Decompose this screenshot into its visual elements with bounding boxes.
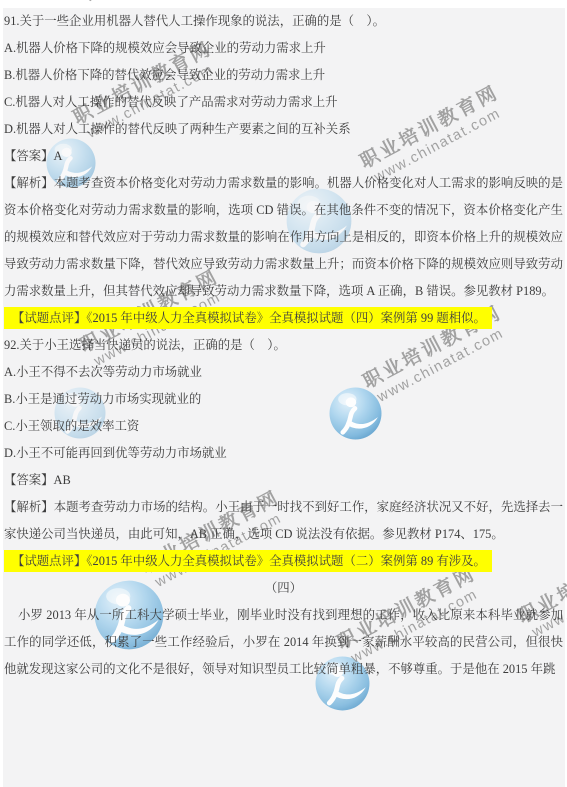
question-91-option-a: A.机器人价格下降的规模效应会导致企业的劳动力需求上升: [4, 35, 563, 62]
question-91-stem: 91.关于一些企业用机器人替代人工操作现象的说法，正确的是（ ）。: [4, 8, 563, 35]
question-92-comment: 【试题点评】《2015 年中级人力全真模拟试卷》全真模拟试题（二）案例第 89 …: [4, 548, 563, 575]
question-92-option-a: A.小王不得不去次等劳动力市场就业: [4, 359, 563, 386]
question-92-analysis: 【解析】本题考查劳动力市场的结构。小王由于一时找不到好工作，家庭经济状况又不好，…: [4, 494, 563, 548]
highlighted-comment: 【试题点评】《2015 年中级人力全真模拟试卷》全真模拟试题（二）案例第 89 …: [4, 550, 492, 572]
highlighted-comment: 【试题点评】《2015 年中级人力全真模拟试卷》全真模拟试题（四）案例第 99 …: [4, 307, 492, 329]
case-section-heading: （四）: [4, 575, 563, 602]
question-91-comment: 【试题点评】《2015 年中级人力全真模拟试卷》全真模拟试题（四）案例第 99 …: [4, 305, 563, 332]
question-92-answer: 【答案】AB: [4, 467, 563, 494]
question-92-option-c: C.小王领取的是效率工资: [4, 413, 563, 440]
question-91-option-c: C.机器人对人工操作的替代反映了产品需求对劳动力需求上升: [4, 89, 563, 116]
question-92-option-d: D.小王不可能再回到优等劳动力市场就业: [4, 440, 563, 467]
question-92-stem: 92.关于小王选择当快递员的说法，正确的是（ ）。: [4, 332, 563, 359]
exam-content: 91.关于一些企业用机器人替代人工操作现象的说法，正确的是（ ）。 A.机器人价…: [4, 8, 563, 683]
case-section-paragraph: 小罗 2013 年从一所工科大学硕士毕业，刚毕业时没有找到理想的工作，收入比原来…: [4, 602, 563, 683]
question-91-analysis: 【解析】本题考查资本价格变化对劳动力需求数量的影响。机器人价格变化对人工需求的影…: [4, 170, 563, 305]
question-91-option-d: D.机器人对人工操作的替代反映了两种生产要素之间的互补关系: [4, 116, 563, 143]
question-92-option-b: B.小王是通过劳动力市场实现就业的: [4, 386, 563, 413]
question-91-answer: 【答案】A: [4, 143, 563, 170]
question-91-option-b: B.机器人价格下降的替代效应会导致企业的劳动力需求上升: [4, 62, 563, 89]
